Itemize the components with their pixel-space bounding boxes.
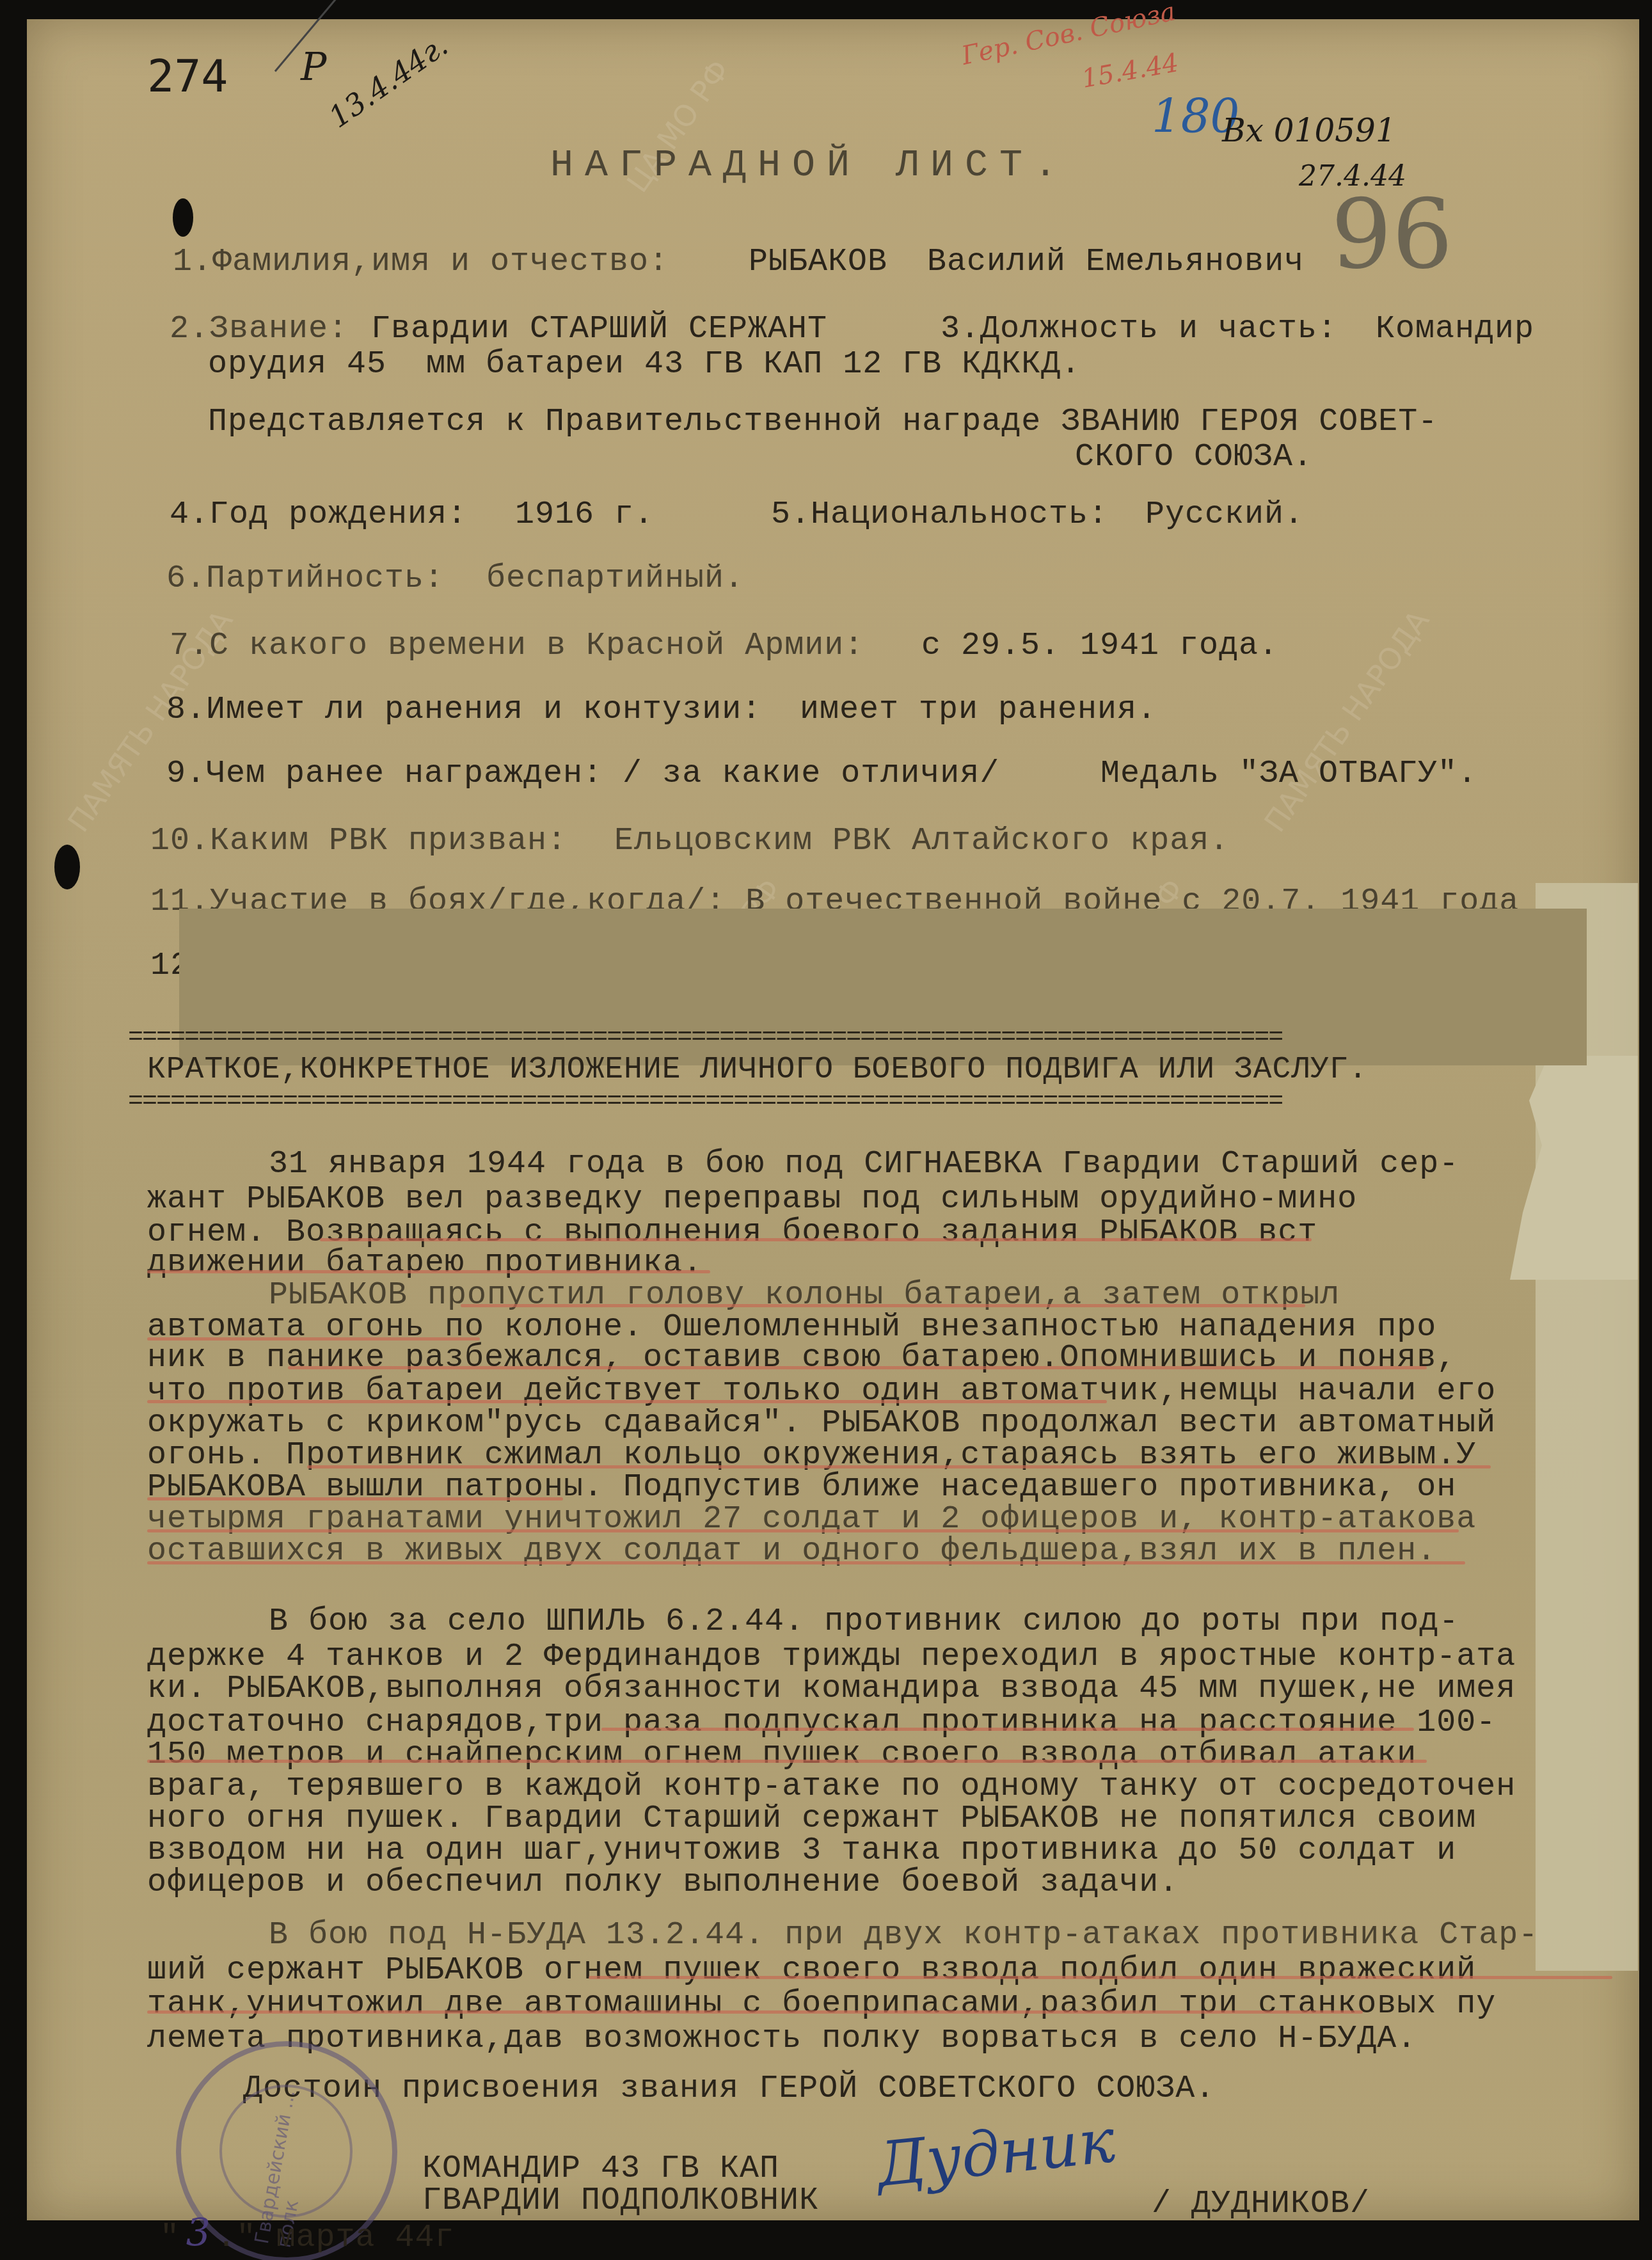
red-underline (147, 2010, 1363, 2014)
narrative-line: офицеров и обеспечил полку выполнение бо… (147, 1867, 1179, 1899)
narrative-line: держке 4 танков и 2 Фердинандов трижды п… (147, 1641, 1516, 1673)
field-2-value: Гвардии СТАРШИЙ СЕРЖАНТ (371, 314, 827, 346)
field-2-label: 2.Звание: (170, 314, 348, 346)
field-5-label: 5.Национальность: (771, 499, 1108, 531)
section-header: КРАТКОЕ,КОНКРЕТНОЕ ИЗЛОЖЕНИЕ ЛИЧНОГО БОЕ… (147, 1054, 1368, 1085)
field-9-value: Медаль "ЗА ОТВАГУ". (1100, 758, 1477, 790)
nomination-line1: Представляется к Правительственной награ… (208, 406, 1438, 438)
red-underline (288, 1366, 1427, 1369)
field-6-label: 6.Партийность: (166, 563, 444, 595)
divider-top: ========================================… (128, 1024, 1555, 1053)
field-9-label: 9.Чем ранее награжден: / за какие отличи… (166, 758, 999, 790)
narrative-line: взводом ни на один шаг,уничтожив 3 танка… (147, 1835, 1456, 1867)
document-title: НАГРАДНОЙ ЛИСТ. (550, 144, 1068, 187)
field-1-value: РЫБАКОВ Василий Емельянович (749, 246, 1304, 278)
red-underline (589, 1976, 1612, 1979)
narrative-line: ного огня пушек. Гвардии Старший сержант… (147, 1803, 1476, 1835)
red-underline (147, 1400, 1107, 1403)
red-underline (147, 1561, 1465, 1564)
field-6-value: беспартийный. (486, 563, 744, 595)
narrative-line: жант РЫБАКОВ вел разведку переправы под … (147, 1184, 1357, 1216)
narrative-line: движении батарею противника. (147, 1248, 703, 1280)
red-underline (147, 1497, 563, 1500)
field-4-label: 4.Год рождения: (170, 499, 467, 531)
pencil-mark: 96 (1331, 179, 1453, 290)
archive-mark: Р (301, 45, 326, 90)
divider-bottom: ========================================… (128, 1088, 1555, 1117)
red-underline (320, 1238, 1312, 1241)
red-underline (147, 1760, 1427, 1763)
signer-name: / ДУДНИКОВ/ (1152, 2188, 1370, 2220)
field-7-label: 7.С какого времени в Красной Армии: (170, 630, 864, 662)
nomination-line2: СКОГО СОЮЗА. (1075, 442, 1313, 473)
narrative-line: ки. РЫБАКОВ,выполняя обязанности команди… (147, 1673, 1516, 1705)
narrative-line: огнем. Возвращаясь с выполнения боевого … (147, 1217, 1317, 1249)
red-underline (461, 1304, 1305, 1307)
date-day: 3 (186, 2211, 210, 2256)
punch-hole-top (173, 198, 193, 237)
narrative-line: В бою за село ШПИЛЬ 6.2.44. противник си… (269, 1606, 1459, 1638)
narrative-line: В бою под Н-БУДА 13.2.44. при двух контр… (269, 1920, 1538, 1952)
field-8-label: 8.Имеет ли ранения и контузии: (166, 694, 761, 726)
narrative-line: ник в панике разбежался, оставив свою ба… (147, 1342, 1456, 1374)
narrative-line: достаточно снарядов,три раза подпускал п… (147, 1707, 1496, 1739)
narrative-line: окружать с криком"русь сдавайся". РЫБАКО… (147, 1408, 1496, 1440)
narrative-line: танк,уничтожил две автомашины с боеприпа… (147, 1989, 1496, 2021)
red-underline (147, 1270, 710, 1273)
incoming-ref: Вх 010591 (1222, 112, 1396, 149)
field-3-value-cont: орудия 45 мм батареи 43 ГВ КАП 12 ГВ КДК… (208, 349, 1081, 381)
field-7-value: с 29.5. 1941 года. (921, 630, 1278, 662)
narrative-line: 31 января 1944 года в бою под СИГНАЕВКА … (269, 1149, 1459, 1181)
date-month-year: ." марта 44г (216, 2220, 454, 2256)
field-10-value: Ельцовским РВК Алтайского края. (614, 825, 1229, 857)
red-underline (601, 1728, 1414, 1731)
punch-hole-mid (54, 845, 80, 889)
field-3-label: 3.Должность и часть: (941, 314, 1337, 346)
conclusion: Достоин присвоения звания ГЕРОЙ СОВЕТСКО… (243, 2073, 1215, 2105)
signer-title: КОМАНДИР 43 ГВ КАП (422, 2153, 779, 2185)
narrative-line: ший сержант РЫБАКОВ огнем пушек своего в… (147, 1955, 1476, 1987)
field-4-value: 1916 г. (515, 499, 654, 531)
narrative-line: врага, терявшего в каждой контр-атаке по… (147, 1771, 1516, 1803)
red-underline (147, 1337, 480, 1341)
field-3-value: Командир (1376, 314, 1534, 346)
archive-number: 274 (147, 50, 228, 102)
red-underline (147, 1529, 1459, 1532)
field-5-value: Русский. (1145, 499, 1304, 531)
narrative-line: 150 метров и снайперским огнем пушек сво… (147, 1739, 1417, 1771)
field-10-label: 10.Каким РВК призван: (150, 825, 567, 857)
date-quote: " (160, 2220, 180, 2256)
signature-date: " 3 ." марта 44г (160, 2211, 454, 2256)
field-8-value: имеет три ранения. (800, 694, 1157, 726)
field-1-label: 1.Фамилия,имя и отчество: (173, 246, 669, 278)
narrative-line: лемета противника,дав возможность полку … (147, 2023, 1417, 2055)
signer-rank: ГВАРДИИ ПОДПОЛКОВНИК (422, 2185, 819, 2217)
red-underline (307, 1465, 1491, 1468)
